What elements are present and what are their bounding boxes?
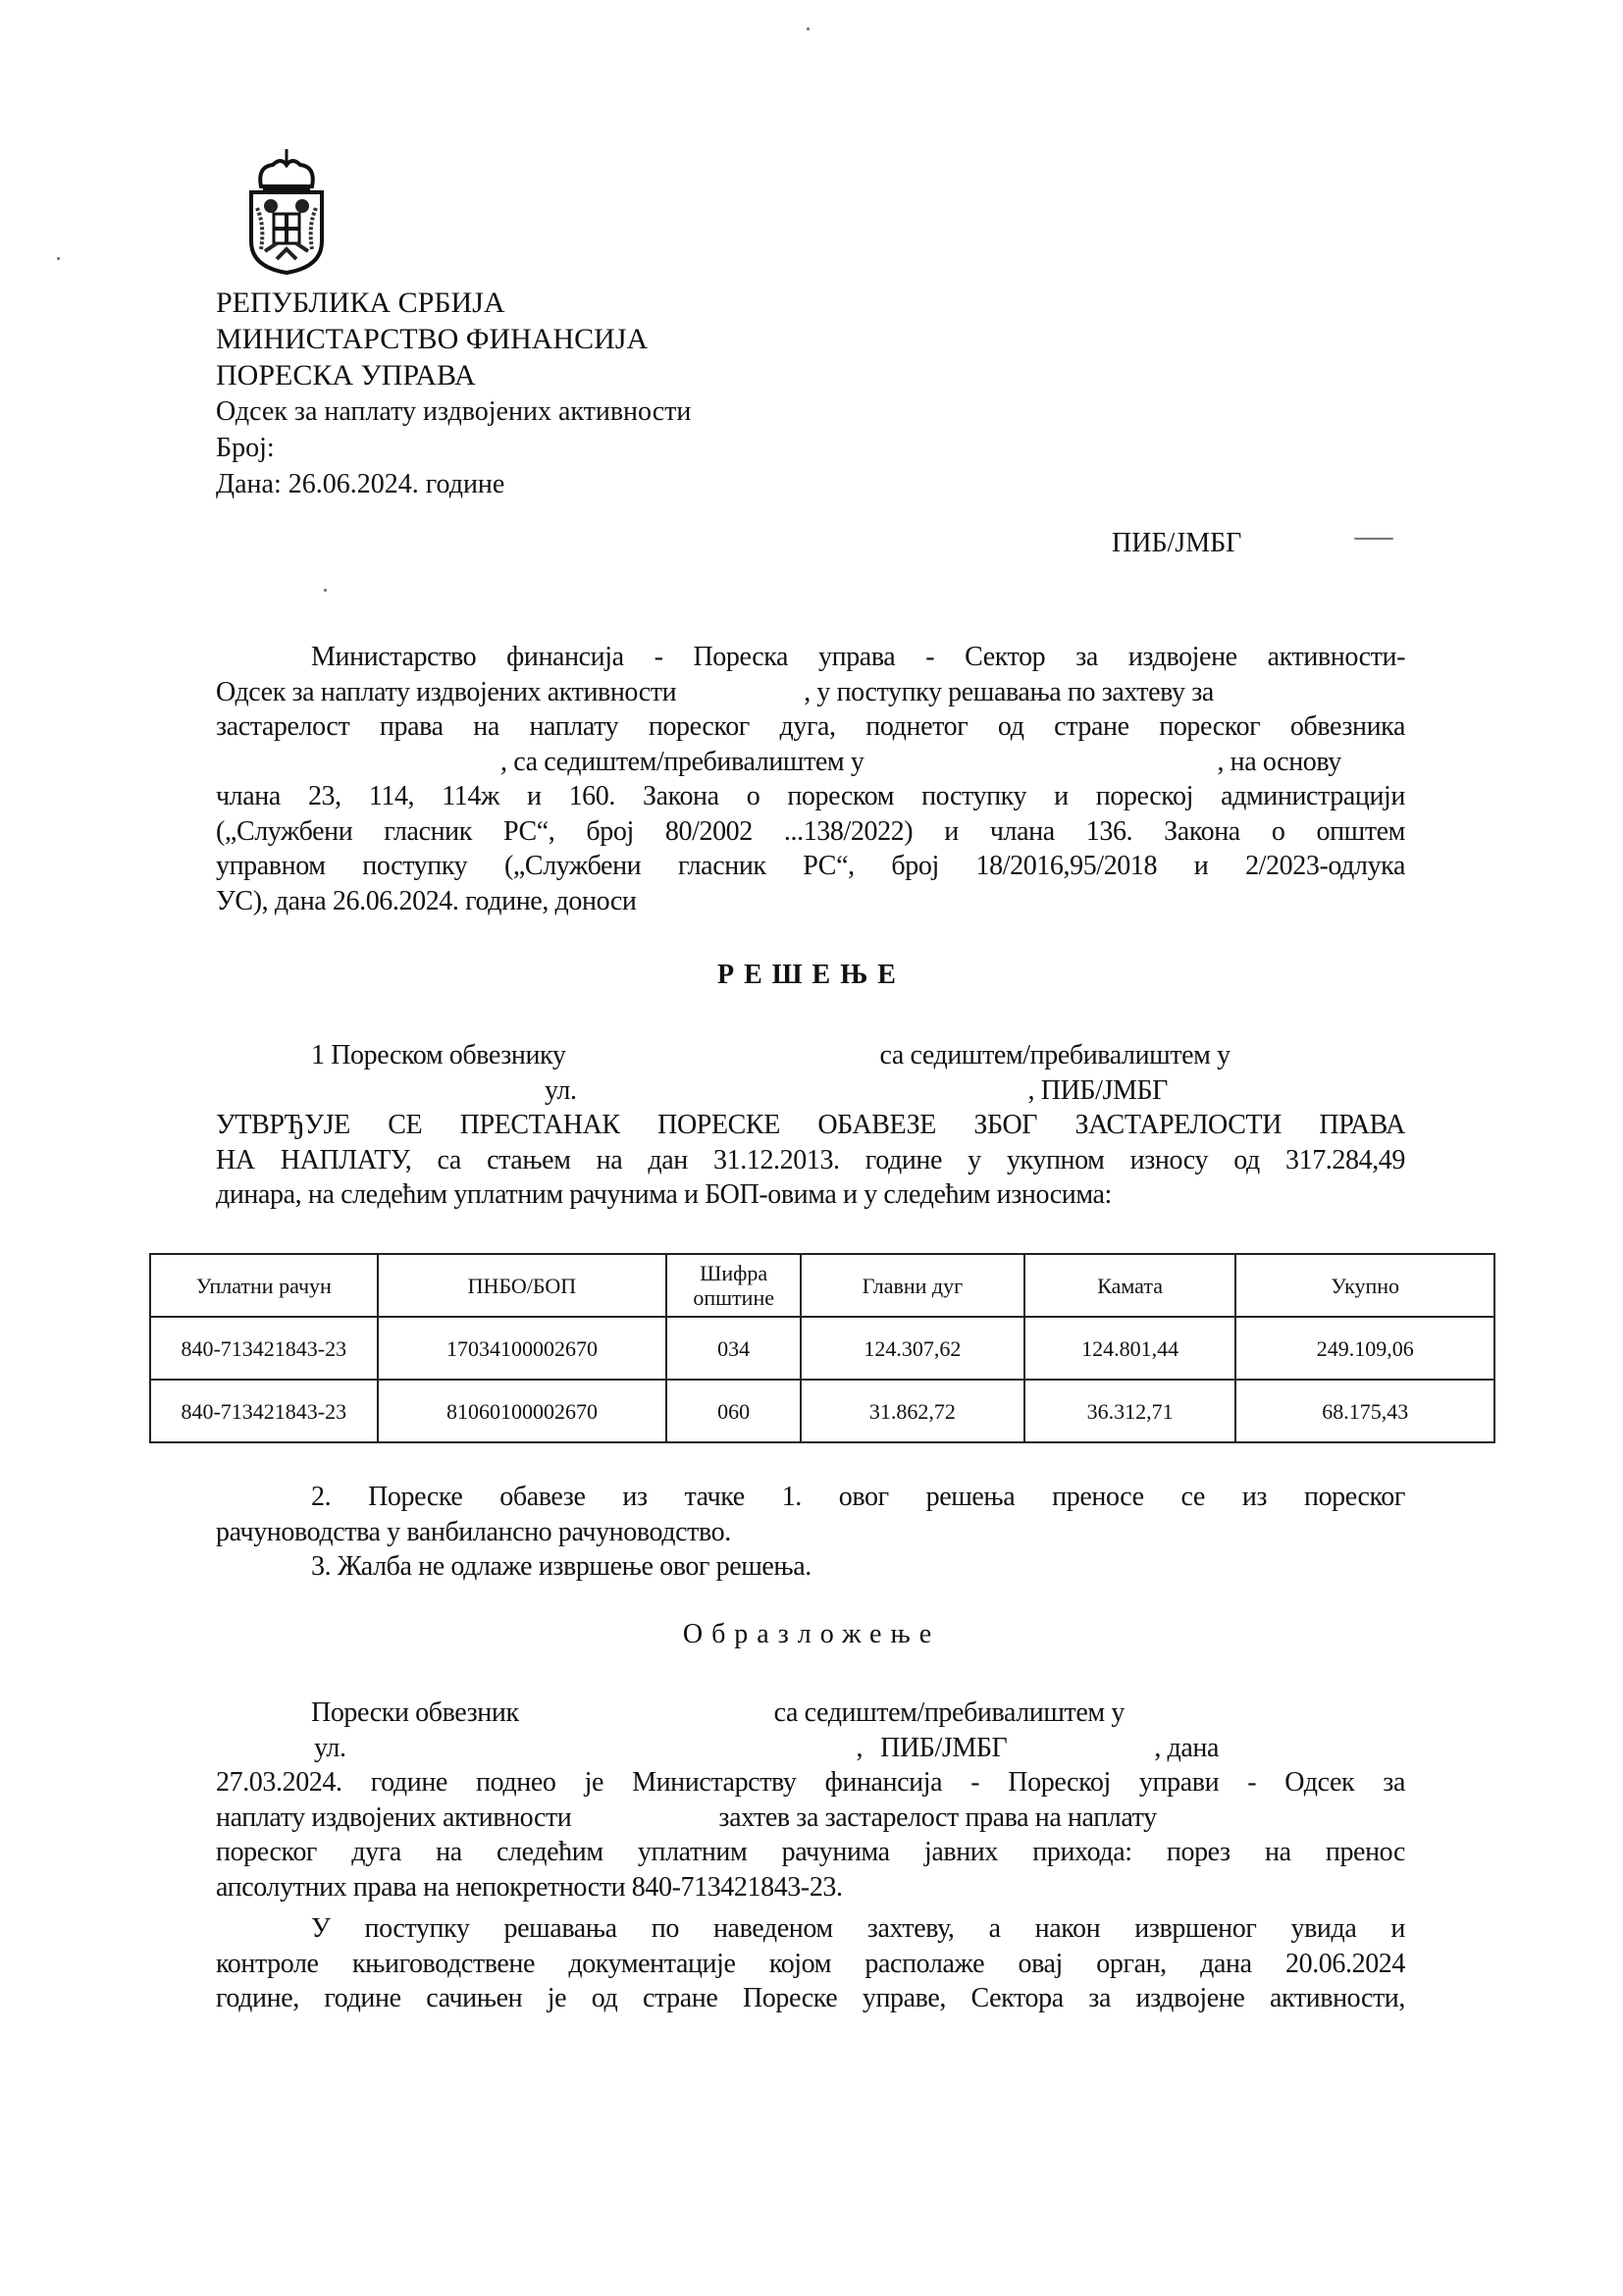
reasoning-text: захтев за застарелост права на наплату (718, 1802, 1156, 1833)
item1-line: 1 Пореском обвезникуса седиштем/пребивал… (216, 1038, 1405, 1073)
decision-item-1: 1 Пореском обвезникуса седиштем/пребивал… (216, 1038, 1405, 1213)
reasoning-line: У поступку решавања по наведеном захтеву… (216, 1911, 1405, 1947)
cell-principal: 124.307,62 (801, 1317, 1024, 1380)
cell-reference: 17034100002670 (378, 1317, 667, 1380)
item1-text: 1 Пореском обвезнику (311, 1040, 565, 1070)
reasoning-line: Порески обвезникса седиштем/пребивалиште… (216, 1696, 1405, 1731)
col-header-reference: ПНБО/БОП (378, 1254, 667, 1317)
reasoning-line: 27.03.2024. године поднео је Министарств… (216, 1765, 1405, 1800)
scan-speck (57, 257, 60, 260)
intro-line: управном поступку („Службени гласник РС“… (216, 849, 1405, 884)
reasoning-line: контроле књиговодствене документације ко… (216, 1947, 1405, 1982)
scan-speck (324, 589, 327, 592)
decision-title: РЕШЕЊЕ (0, 960, 1623, 991)
reasoning-text: наплату издвојених активности (216, 1802, 571, 1833)
reasoning-paragraph-1: Порески обвезникса седиштем/пребивалиште… (216, 1696, 1405, 1905)
cell-total: 249.109,06 (1235, 1317, 1494, 1380)
scan-speck (807, 27, 810, 30)
reasoning-text: ул. (314, 1733, 346, 1763)
table-row: 840-713421843-23 81060100002670 060 31.8… (150, 1380, 1494, 1442)
issuer-header: РЕПУБЛИКА СРБИЈА МИНИСТАРСТВО ФИНАНСИЈА … (216, 285, 691, 502)
decision-items-2-3: 2. Пореске обавезе из тачке 1. овог реше… (216, 1480, 1405, 1585)
reasoning-text: ПИБ/ЈМБГ (880, 1733, 1007, 1763)
item1-line: НА НАПЛАТУ, са стањем на дан 31.12.2013.… (216, 1143, 1405, 1178)
intro-text: , на основу (1217, 747, 1340, 777)
reasoning-text: , (857, 1733, 864, 1763)
item3-line: 3. Жалба не одлаже извршење овог решења. (216, 1549, 1405, 1585)
item1-line: динара, на следећим уплатним рачунима и … (216, 1177, 1405, 1213)
intro-line: Министарство финансија - Пореска управа … (216, 640, 1405, 675)
reasoning-line: године, године сачињен је од стране Поре… (216, 1981, 1405, 2016)
intro-line: („Службени гласник РС“, број 80/2002 ...… (216, 814, 1405, 850)
reasoning-text: Порески обвезник (311, 1697, 519, 1728)
header-number: Број: (216, 430, 691, 466)
cell-municipality-code: 034 (666, 1317, 801, 1380)
reasoning-line: ул.,ПИБ/ЈМБГ, дана (216, 1731, 1405, 1766)
header-country: РЕПУБЛИКА СРБИЈА (216, 285, 691, 321)
intro-line: Одсек за наплату издвојених активности, … (216, 675, 1405, 710)
cell-account: 840-713421843-23 (150, 1380, 378, 1442)
reasoning-line: апсолутних права на непокретности 840-71… (216, 1870, 1405, 1905)
cell-account: 840-713421843-23 (150, 1317, 378, 1380)
reasoning-text: , дана (1154, 1733, 1219, 1763)
col-header-principal: Главни дуг (801, 1254, 1024, 1317)
cell-total: 68.175,43 (1235, 1380, 1494, 1442)
reasoning-title: Образложење (0, 1619, 1623, 1650)
cell-interest: 124.801,44 (1024, 1317, 1236, 1380)
header-date: Дана: 26.06.2024. године (216, 466, 691, 502)
item1-text: ул. (545, 1075, 577, 1106)
col-header-account: Уплатни рачун (150, 1254, 378, 1317)
intro-text: , у поступку решавања по захтеву за (804, 677, 1214, 707)
cell-municipality-code: 060 (666, 1380, 801, 1442)
intro-line: члана 23, 114, 114ж и 160. Закона о поре… (216, 779, 1405, 814)
intro-text: Одсек за наплату издвојених активности (216, 677, 676, 707)
reasoning-paragraph-2: У поступку решавања по наведеном захтеву… (216, 1911, 1405, 2016)
reasoning-text: са седиштем/пребивалиштем у (774, 1697, 1125, 1728)
intro-paragraph: Министарство финансија - Пореска управа … (216, 640, 1405, 918)
intro-line: , са седиштем/пребивалиштем у, на основу (216, 745, 1405, 780)
item2-line: 2. Пореске обавезе из тачке 1. овог реше… (216, 1480, 1405, 1515)
header-department: Одсек за наплату издвојених активности (216, 393, 691, 430)
col-header-municipality-code: Шифра општине (666, 1254, 801, 1317)
item1-text: , ПИБ/ЈМБГ (1028, 1075, 1168, 1106)
intro-text: , са седиштем/пребивалиштем у (500, 747, 864, 777)
pib-label: ПИБ/ЈМБГ (1112, 528, 1241, 559)
reasoning-line: наплату издвојених активностизахтев за з… (216, 1800, 1405, 1836)
cell-interest: 36.312,71 (1024, 1380, 1236, 1442)
debt-table: Уплатни рачун ПНБО/БОП Шифра општине Гла… (149, 1253, 1495, 1443)
table-row: 840-713421843-23 17034100002670 034 124.… (150, 1317, 1494, 1380)
reasoning-line: пореског дуга на следећим уплатним рачун… (216, 1835, 1405, 1870)
item2-line: рачуноводства у ванбилансно рачуноводств… (216, 1515, 1405, 1550)
item1-text: са седиштем/пребивалиштем у (879, 1040, 1230, 1070)
intro-line: УС), дана 26.06.2024. године, доноси (216, 884, 1405, 919)
item1-line: УТВРЂУЈЕ СЕ ПРЕСТАНАК ПОРЕСКЕ ОБАВЕЗЕ ЗБ… (216, 1108, 1405, 1143)
cell-reference: 81060100002670 (378, 1380, 667, 1442)
table-header-row: Уплатни рачун ПНБО/БОП Шифра општине Гла… (150, 1254, 1494, 1317)
col-header-total: Укупно (1235, 1254, 1494, 1317)
cell-principal: 31.862,72 (801, 1380, 1024, 1442)
intro-line: застарелост права на наплату пореског ду… (216, 709, 1405, 745)
item1-line: ул., ПИБ/ЈМБГ (216, 1073, 1405, 1109)
scan-speck (1354, 538, 1393, 540)
serbian-coat-of-arms-icon (247, 147, 326, 275)
header-ministry: МИНИСТАРСТВО ФИНАНСИЈА (216, 321, 691, 357)
header-administration: ПОРЕСКА УПРАВА (216, 357, 691, 393)
col-header-interest: Камата (1024, 1254, 1236, 1317)
